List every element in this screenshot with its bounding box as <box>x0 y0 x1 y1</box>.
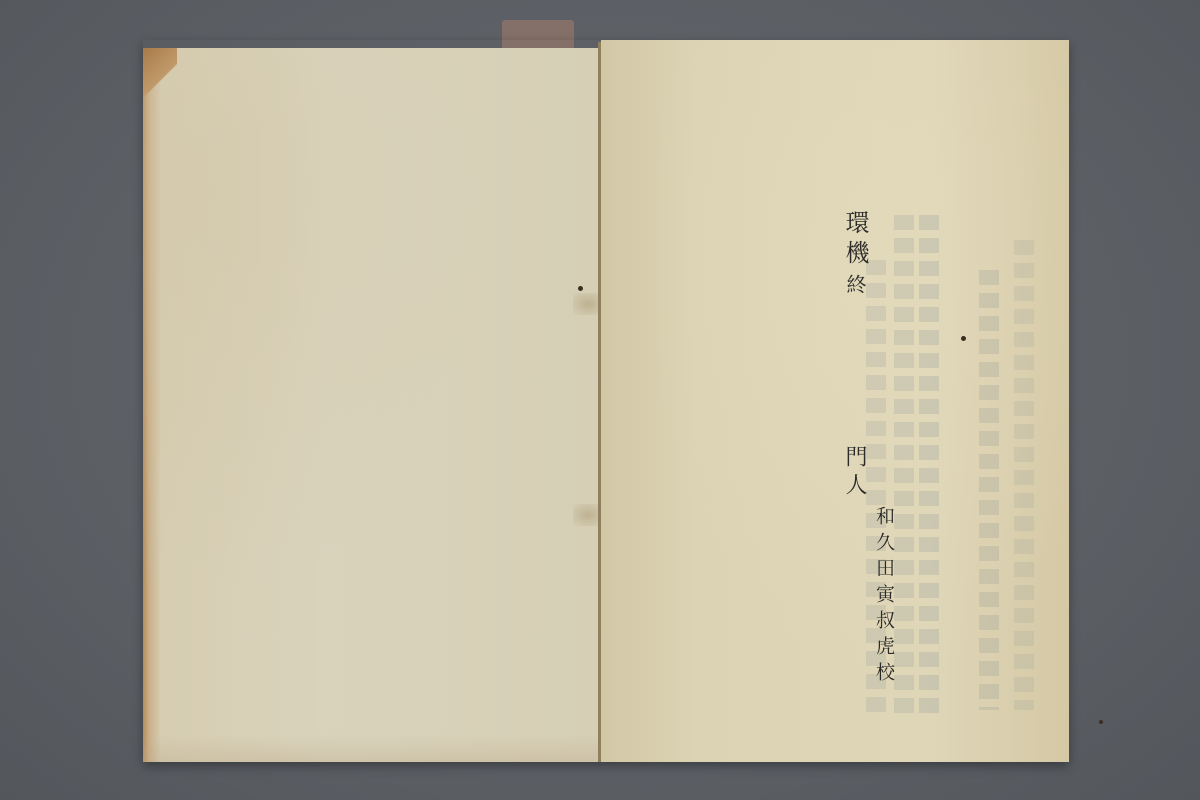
title-column: 環機終 <box>838 210 873 300</box>
page-edge <box>143 734 599 762</box>
bleed-through-column <box>949 270 969 710</box>
ink-speck <box>1099 720 1103 724</box>
bleed-through-column <box>1014 240 1034 710</box>
work-title: 環機 <box>841 210 869 270</box>
ink-speck <box>961 336 966 341</box>
editor-credit: 和久田寅叔虎校 <box>871 506 898 688</box>
bleed-through-column <box>979 270 999 710</box>
bleed-through-column <box>919 215 939 715</box>
right-page: 環機終 門人 和久田寅叔虎校 <box>601 40 1069 762</box>
end-marker: 終 <box>841 274 870 300</box>
disciple-label: 門人 <box>839 445 870 501</box>
ink-speck <box>578 286 583 291</box>
left-page <box>143 48 599 762</box>
open-book-spread: 環機終 門人 和久田寅叔虎校 <box>143 40 1069 762</box>
worn-corner <box>143 48 177 96</box>
